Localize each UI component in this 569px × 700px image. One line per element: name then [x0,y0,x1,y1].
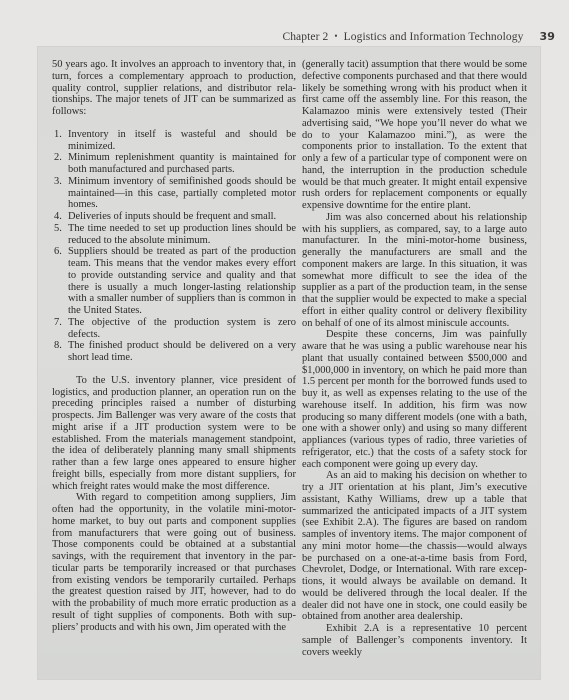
list-number: 4. [52,211,68,223]
page-number: 39 [539,30,555,43]
right-column: (generally tacit) assumption that there … [302,59,527,658]
list-item: 3. Minimum inventory of semifinished goo… [52,176,296,211]
continued-paragraph: (generally tacit) assumption that there … [302,59,527,212]
list-number: 2. [52,152,68,176]
list-item: 4. Deliveries of inputs should be freque… [52,211,296,223]
list-number: 5. [52,223,68,247]
jit-tenets-list: 1. Inventory in itself is wasteful and s… [52,129,296,364]
exhibit-aid-paragraph: As an aid to making his decision on whet… [302,470,527,623]
list-item: 8. The finished product should be delive… [52,340,296,364]
bullet-separator-icon: • [334,31,337,41]
intro-paragraph: 50 years ago. It involves an approach to… [52,59,296,118]
planner-paragraph: To the U.S. inventory planner, vice pres… [52,375,296,493]
list-number: 1. [52,129,68,153]
competition-paragraph: With regard to competition among supplie… [52,492,296,633]
list-text: The objective of the production system i… [68,317,296,341]
list-text: The time needed to set up production lin… [68,223,296,247]
list-item: 2. Minimum replenishment quantity is mai… [52,152,296,176]
exhibit-sample-paragraph: Exhibit 2.A is a representative 10 perce… [302,623,527,658]
chapter-title: Logistics and Information Technology [344,31,524,43]
list-text: Inventory in itself is wasteful and shou… [68,129,296,153]
list-text: Suppliers should be treated as part of t… [68,246,296,317]
list-text: The finished product should be delivered… [68,340,296,364]
list-number: 3. [52,176,68,211]
list-text: Minimum replenishment quantity is mainta… [68,152,296,176]
list-number: 8. [52,340,68,364]
chapter-label: Chapter 2 [282,31,328,43]
running-head: Chapter 2 • Logistics and Information Te… [282,30,555,43]
list-item: 6. Suppliers should be treated as part o… [52,246,296,317]
list-number: 6. [52,246,68,317]
list-number: 7. [52,317,68,341]
list-text: Deliveries of inputs should be frequent … [68,211,296,223]
list-text: Minimum inventory of semifinished goods … [68,176,296,211]
left-column: 50 years ago. It involves an approach to… [52,59,296,633]
list-item: 7. The objective of the production syste… [52,317,296,341]
suppliers-paragraph: Jim was also concerned about his relatio… [302,212,527,330]
list-item: 5. The time needed to set up production … [52,223,296,247]
list-item: 1. Inventory in itself is wasteful and s… [52,129,296,153]
warehouse-paragraph: Despite these concerns, Jim was painfull… [302,329,527,470]
